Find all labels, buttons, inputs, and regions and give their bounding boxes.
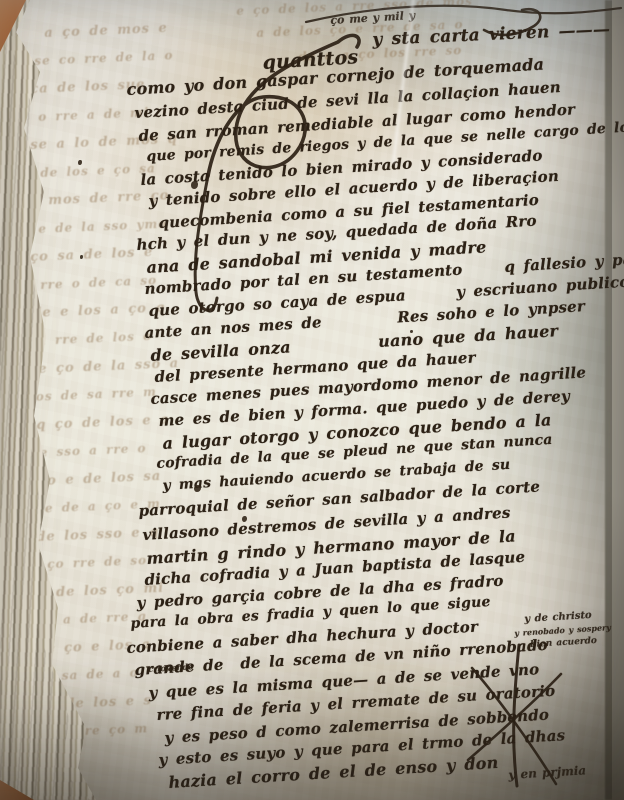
photo-vignette [0, 0, 624, 800]
manuscript-photo: e ço de los a rre sso de mosa de los ço … [0, 0, 624, 800]
